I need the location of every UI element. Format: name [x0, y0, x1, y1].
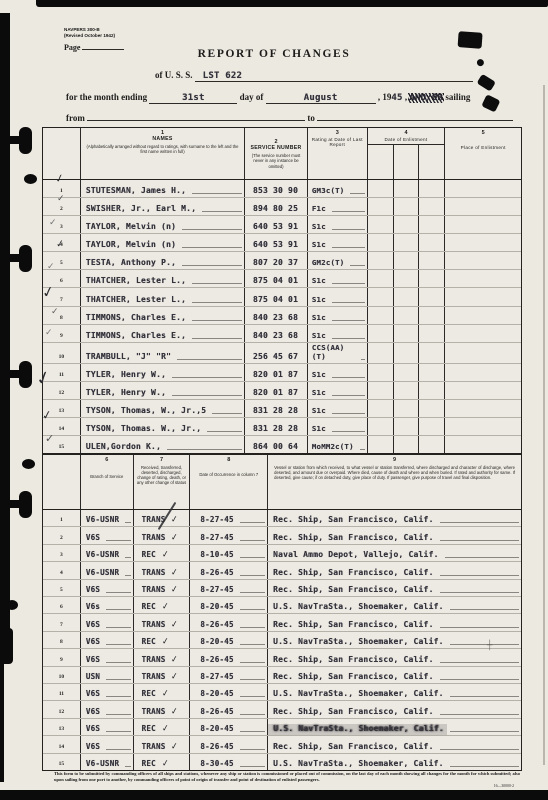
service-number-cell: 894 80 25	[245, 198, 308, 215]
footer-note: This form to be submitted by commanding …	[54, 771, 520, 783]
rating: S1c	[308, 313, 329, 324]
row-number-column-header	[43, 128, 81, 179]
from-label: from	[66, 113, 85, 123]
service-number-cell: 256 45 67	[245, 343, 308, 363]
vessel-station-cell: U.S. NavTraSta., Shoemaker, Calif.	[268, 719, 521, 735]
leader-line	[106, 540, 130, 541]
leader-line	[361, 359, 365, 360]
occurrence-date: 8-20-45	[190, 689, 236, 700]
leader-line	[106, 662, 130, 663]
date-enlistment-subcells	[368, 382, 445, 399]
date-enlistment-subcells	[368, 270, 445, 287]
scanned-report-page: NAVPERS 300-B (Revised October 1942) Pag…	[0, 0, 548, 800]
branch-cell: V6S	[81, 649, 134, 665]
scan-edge-right	[543, 85, 545, 765]
leader-line	[440, 522, 519, 523]
change-type: TRANS	[134, 707, 169, 718]
name-cell: TIMMONS, Charles E.,	[81, 325, 245, 342]
leader-line	[240, 575, 265, 576]
leader-line	[212, 413, 242, 414]
row-number: 7	[43, 614, 81, 630]
date-enlistment-cell	[368, 234, 446, 251]
roster-row: 7 THATCHER, Lester L., 875 04 01 S1c	[43, 288, 521, 306]
name-cell: TYSON, Thomas. W., Jr.,	[81, 418, 245, 435]
roster-row: 5 TESTA, Anthony P., 807 20 37 GM2c(T)	[43, 252, 521, 270]
change-title: Received, transferred, deserted, dischar…	[136, 465, 188, 485]
roster-table: 1 NAMES (Alphabetically arranged without…	[42, 127, 522, 454]
change-type: REC	[134, 637, 159, 648]
service-number-cell: 864 00 64	[245, 436, 308, 453]
row-number: 12	[43, 382, 81, 399]
service-number: 853 30 90	[251, 186, 301, 197]
branch-cell: V6-USNR	[81, 562, 134, 578]
name-cell: ULEN,Gordon K.,	[81, 436, 245, 453]
ship-line: of U. S. S. LST 622	[155, 70, 473, 82]
place-enlistment-cell	[445, 400, 521, 417]
occurrence-date: 8-20-45	[190, 724, 236, 735]
occurrence-date: 8-27-45	[190, 672, 236, 683]
roster-row: 1 STUTESMAN, James H., 853 30 90 GM3c(T)	[43, 180, 521, 198]
change-row: 4 V6-USNR TRANS ✓ 8-26-45 Rec. Ship, San…	[43, 562, 521, 579]
binder-clip-icon	[19, 245, 32, 272]
change-type: REC	[134, 550, 159, 561]
leader-line	[106, 714, 130, 715]
leader-line	[350, 193, 364, 194]
change-cell: REC ✓	[134, 632, 191, 648]
rating-cell: S1c	[308, 307, 368, 324]
sailor-name: STUTESMAN, James H.,	[81, 186, 189, 197]
leader-line	[240, 627, 265, 628]
date-enlistment-cell	[368, 198, 446, 215]
vessel-station-cell: U.S. NavTraSta., Shoemaker, Calif.	[268, 754, 521, 770]
leader-line	[440, 749, 519, 750]
from-to-line: from to	[66, 113, 513, 123]
date-enlistment-subcells	[368, 198, 445, 215]
from-blank	[87, 120, 305, 121]
change-cell: TRANS ✓	[134, 580, 191, 596]
rating: F1c	[308, 204, 329, 215]
handwritten-checkmark: ✓	[171, 515, 180, 526]
occurrence-date: 8-26-45	[190, 568, 236, 579]
date-enlistment-subcells	[368, 364, 445, 381]
branch-of-service: V6S	[81, 533, 103, 544]
branch-cell: V6S	[81, 701, 134, 717]
vessel-station: Rec. Ship, San Francisco, Calif.	[268, 533, 437, 544]
leader-line	[440, 679, 519, 680]
date-occurrence-cell: 8-27-45	[190, 527, 268, 543]
branch-cell: V6S	[81, 684, 134, 700]
change-type: REC	[134, 689, 159, 700]
date-enlistment-cell	[368, 307, 446, 324]
rating: S1c	[308, 388, 329, 399]
leader-line	[332, 302, 365, 303]
leader-line	[240, 609, 265, 610]
column-number: 6	[105, 457, 108, 463]
vessel-station: U.S. NavTraSta., Shoemaker, Calif.	[268, 602, 447, 613]
rating-cell: S1c	[308, 325, 368, 342]
handwritten-checkmark: ✓	[161, 602, 170, 613]
row-number: 11	[43, 364, 81, 381]
row-number: 11	[43, 684, 81, 700]
ship-name: LST 622	[203, 71, 242, 81]
sailor-name: THATCHER, Lester L.,	[81, 276, 189, 287]
row-number: 15	[43, 754, 81, 770]
handwritten-checkmark: ✓	[171, 619, 180, 630]
vessel-station: Rec. Ship, San Francisco, Calif.	[268, 672, 437, 683]
hole-punch-dot	[22, 459, 35, 469]
names-title: NAMES	[152, 137, 172, 143]
change-cell: TRANS ✓	[134, 667, 191, 683]
change-type: TRANS	[134, 655, 169, 666]
leader-line	[240, 731, 265, 732]
change-row: 1 V6-USNR TRANS ✓ 8-27-45 Rec. Ship, San…	[43, 510, 521, 527]
leader-line	[106, 696, 130, 697]
leader-line	[240, 540, 265, 541]
leader-line	[440, 592, 519, 593]
leader-line	[240, 679, 265, 680]
rating: S1c	[308, 295, 329, 306]
branch-cell: V6s	[81, 597, 134, 613]
change-row: 5 V6S TRANS ✓ 8-27-45 Rec. Ship, San Fra…	[43, 580, 521, 597]
sailor-name: TIMMONS, Charles E.,	[81, 331, 189, 342]
binder-clip-icon	[19, 127, 32, 154]
row-number: 13	[43, 719, 81, 735]
branch-cell: V6S	[81, 614, 134, 630]
change-cell: TRANS ✓	[134, 562, 191, 578]
leader-line	[192, 302, 242, 303]
vessel-station: U.S. NavTraSta., Shoemaker, Calif.	[268, 689, 447, 700]
handwritten-checkmark: ✓	[161, 550, 170, 561]
roster-row: 12 TYLER, Henry W., 820 01 87 S1c	[43, 382, 521, 400]
handwritten-checkmark: ✓	[171, 706, 180, 717]
column-number: 3	[336, 130, 339, 136]
date-enlistment-cell	[368, 216, 446, 233]
row-number: 9	[43, 649, 81, 665]
leader-line	[240, 714, 265, 715]
leader-line	[177, 359, 242, 360]
date-occurrence-cell: 8-27-45	[190, 667, 268, 683]
handwritten-checkmark: ✓	[171, 654, 180, 665]
names-column-header: 1 NAMES (Alphabetically arranged without…	[81, 128, 245, 179]
branch-of-service: V6-USNR	[81, 568, 122, 579]
date-enlistment-subcells	[368, 252, 445, 269]
name-cell: TAYLOR, Melvin (n)	[81, 234, 245, 251]
rating: S1c	[308, 406, 329, 417]
handwritten-plus-mark: ┼	[487, 641, 492, 651]
place-enlistment-cell	[445, 307, 521, 324]
roster-row: 9 TIMMONS, Charles E., 840 23 68 S1c	[43, 325, 521, 343]
date-of-enlistment-column-header: 4 Date of Enlistment	[368, 128, 446, 179]
scan-edge-bottom	[0, 790, 548, 800]
handwritten-checkmark: ✓	[171, 532, 180, 543]
of-uss-label: of U. S. S.	[155, 70, 193, 80]
branch-title: Branch of Service	[90, 474, 123, 479]
date-enlistment-subcells	[368, 180, 445, 197]
place-enlistment-cell	[445, 288, 521, 305]
date-enlistment-subcells	[368, 418, 445, 435]
row-number-column-header	[43, 455, 81, 509]
service-title: SERVICE NUMBER	[250, 146, 301, 152]
change-cell: REC ✓	[134, 684, 191, 700]
sailor-name: TYLER, Henry W.,	[81, 370, 169, 381]
branch-cell: USN	[81, 667, 134, 683]
change-column-header: 7 Received, transferred, deserted, disch…	[134, 455, 191, 509]
leader-line	[332, 320, 365, 321]
vessel-station-cell: U.S. NavTraSta., Shoemaker, Calif.	[268, 597, 521, 613]
date-occurrence-cell: 8-10-45	[190, 545, 268, 561]
service-number: 840 23 68	[251, 313, 301, 324]
leader-line	[440, 714, 519, 715]
service-number: 831 28 28	[251, 406, 301, 417]
date-enlistment-cell	[368, 288, 446, 305]
service-number-cell: 875 04 01	[245, 270, 308, 287]
to-label: to	[307, 113, 315, 123]
date-enlistment-cell	[368, 436, 446, 453]
vessel-station-cell: Rec. Ship, San Francisco, Calif.	[268, 580, 521, 596]
change-cell: REC ✓	[134, 597, 191, 613]
change-row: 3 V6-USNR REC ✓ 8-10-45 Naval Ammo Depot…	[43, 545, 521, 562]
sailing-label: sailing	[445, 92, 470, 102]
change-type: TRANS	[134, 585, 169, 596]
branch-of-service: V6S	[81, 742, 103, 753]
changes-table: 6 Branch of Service 7 Received, transfer…	[42, 454, 522, 771]
occurrence-date: 8-27-45	[190, 585, 236, 596]
place-enlistment-cell	[445, 198, 521, 215]
place-enlistment-cell	[445, 436, 521, 453]
date-enlistment-subcells	[368, 288, 445, 305]
leader-line	[192, 338, 242, 339]
place-enlistment-cell	[445, 325, 521, 342]
leader-line	[360, 449, 365, 450]
branch-cell: V6-USNR	[81, 545, 134, 561]
name-cell: TIMMONS, Charles E.,	[81, 307, 245, 324]
branch-of-service: V6-USNR	[81, 550, 122, 561]
date-occurrence-cell: 8-20-45	[190, 597, 268, 613]
row-number: 10	[43, 343, 81, 363]
month-value: August	[304, 93, 338, 103]
vessel-station-cell: Rec. Ship, San Francisco, Calif.	[268, 510, 521, 526]
leader-line	[125, 766, 130, 767]
vessel-station-column-header: 9 Vessel or station from which received,…	[268, 455, 521, 509]
vessel-station: Rec. Ship, San Francisco, Calif.	[268, 585, 437, 596]
rating: MoMM2c(T)	[308, 442, 357, 453]
service-number-cell: 831 28 28	[245, 418, 308, 435]
service-number: 820 01 87	[251, 370, 301, 381]
name-cell: STUTESMAN, James H.,	[81, 180, 245, 197]
vessel-station: Rec. Ship, San Francisco, Calif.	[268, 515, 437, 526]
sailor-name: TIMMONS, Charles E.,	[81, 313, 189, 324]
service-number: 894 80 25	[251, 204, 301, 215]
leader-line	[332, 395, 365, 396]
date-enlistment-title: Date of Enlistment	[368, 137, 445, 145]
leader-line	[172, 395, 242, 396]
rating: S1c	[308, 424, 329, 435]
sailor-name: TAYLOR, Melvin (n)	[81, 222, 179, 233]
leader-line	[192, 193, 242, 194]
service-number-cell: 840 23 68	[245, 307, 308, 324]
column-number: 5	[482, 130, 485, 136]
place-enlistment-cell	[445, 270, 521, 287]
leader-line	[125, 557, 130, 558]
row-number: 6	[43, 597, 81, 613]
roster-row: 4 TAYLOR, Melvin (n) 640 53 91 S1c	[43, 234, 521, 252]
roster-row: 15 ULEN,Gordon K., 864 00 64 MoMM2c(T)	[43, 436, 521, 453]
occurrence-date: 8-30-45	[190, 759, 236, 770]
place-enlistment-cell	[445, 252, 521, 269]
change-type: TRANS	[134, 620, 169, 631]
vessel-station-cell: Naval Ammo Depot, Vallejo, Calif.	[268, 545, 521, 561]
handwritten-checkmark: ✓	[171, 672, 180, 683]
row-number: 2	[43, 198, 81, 215]
roster-row: 10 TRAMBULL, "J" "R" 256 45 67 CCS(AA)(T…	[43, 343, 521, 364]
leader-line	[182, 247, 242, 248]
change-row: 7 V6S TRANS ✓ 8-26-45 Rec. Ship, San Fra…	[43, 614, 521, 631]
rating: CCS(AA)(T)	[308, 343, 358, 363]
change-row: 12 V6S TRANS ✓ 8-26-45 Rec. Ship, San Fr…	[43, 701, 521, 718]
change-row: 9 V6S TRANS ✓ 8-26-45 Rec. Ship, San Fra…	[43, 649, 521, 666]
sailor-name: TYSON, Thomas, W., Jr.,5	[81, 406, 209, 417]
leader-line	[106, 609, 130, 610]
service-number-cell: 640 53 91	[245, 234, 308, 251]
leader-line	[207, 431, 242, 432]
date-enlistment-subcells	[368, 343, 445, 363]
branch-of-service: V6S	[81, 637, 103, 648]
form-revision: (Revised October 1942)	[64, 33, 115, 39]
sailor-name: ULEN,Gordon K.,	[81, 442, 164, 453]
rating: S1c	[308, 370, 329, 381]
row-number: 8	[43, 307, 81, 324]
row-number: 7	[43, 288, 81, 305]
change-cell: TRANS ✓	[134, 614, 191, 630]
leader-line	[182, 229, 242, 230]
vessel-station-cell: U.S. NavTraSta., Shoemaker, Calif.	[268, 684, 521, 700]
changes-table-header: 6 Branch of Service 7 Received, transfer…	[43, 455, 521, 510]
rating-title: Rating at Date of Last Report	[310, 137, 365, 148]
column-number: 8	[227, 457, 230, 463]
service-number: 640 53 91	[251, 240, 301, 251]
roster-row: 8 TIMMONS, Charles E., 840 23 68 S1c	[43, 307, 521, 325]
date-occurrence-cell: 8-20-45	[190, 719, 268, 735]
rating-cell: S1c	[308, 364, 368, 381]
service-number: 840 23 68	[251, 331, 301, 342]
date-occurrence-cell: 8-26-45	[190, 614, 268, 630]
change-row: 14 V6S TRANS ✓ 8-26-45 Rec. Ship, San Fr…	[43, 736, 521, 753]
branch-of-service: V6S	[81, 689, 103, 700]
rating: S1c	[308, 222, 329, 233]
changes-table-body: 1 V6-USNR TRANS ✓ 8-27-45 Rec. Ship, San…	[43, 510, 521, 770]
leader-line	[240, 696, 265, 697]
date-occurrence-cell: 8-30-45	[190, 754, 268, 770]
row-number: 15	[43, 436, 81, 453]
branch-of-service: V6S	[81, 707, 103, 718]
date-occurrence-column-header: 8 Date of Occurrence in column 7	[190, 455, 268, 509]
vessel-station-cell: Rec. Ship, San Francisco, Calif.	[268, 736, 521, 752]
occurrence-date: 8-26-45	[190, 707, 236, 718]
place-enlistment-cell	[445, 180, 521, 197]
rating-cell: S1c	[308, 234, 368, 251]
service-subtitle: (The service number must never in any in…	[247, 153, 305, 168]
vessel-station: Rec. Ship, San Francisco, Calif.	[268, 568, 437, 579]
row-number: 10	[43, 667, 81, 683]
leader-line	[125, 575, 130, 576]
roster-row: 3 TAYLOR, Melvin (n) 640 53 91 S1c	[43, 216, 521, 234]
branch-column-header: 6 Branch of Service	[81, 455, 134, 509]
change-cell: TRANS ✓	[134, 736, 191, 752]
change-type: TRANS	[134, 568, 169, 579]
leader-line	[440, 662, 519, 663]
leader-line	[332, 247, 365, 248]
rating: GM2c(T)	[308, 258, 348, 269]
change-type: REC	[134, 602, 159, 613]
month-line: for the month ending 31st day of August …	[66, 92, 470, 104]
branch-of-service: V6S	[81, 724, 103, 735]
change-cell: REC ✓	[134, 719, 191, 735]
change-row: 15 V6-USNR REC ✓ 8-30-45 U.S. NavTraSta.…	[43, 754, 521, 770]
vessel-station-cell: Rec. Ship, San Francisco, Calif.	[268, 614, 521, 630]
service-number: 875 04 01	[251, 295, 301, 306]
service-number: 820 01 87	[251, 388, 301, 399]
rating-cell: GM3c(T)	[308, 180, 368, 197]
row-number: 3	[43, 216, 81, 233]
date-enlistment-cell	[368, 252, 446, 269]
occurrence-date: 8-26-45	[190, 620, 236, 631]
sailor-name: TESTA, Anthony P.,	[81, 258, 179, 269]
vessel-station: Rec. Ship, San Francisco, Calif.	[268, 655, 437, 666]
row-number: 14	[43, 418, 81, 435]
leader-line	[240, 644, 265, 645]
vessel-station-cell: Rec. Ship, San Francisco, Calif.	[268, 667, 521, 683]
date-enlistment-subcells	[368, 307, 445, 324]
roster-table-body: 1 STUTESMAN, James H., 853 30 90 GM3c(T)…	[43, 180, 521, 453]
date-enlistment-subcells	[368, 234, 445, 251]
roster-row: 11 TYLER, Henry W., 820 01 87 S1c	[43, 364, 521, 382]
service-number: 256 45 67	[251, 352, 301, 363]
leader-line	[240, 522, 265, 523]
occurrence-date: 8-20-45	[190, 637, 236, 648]
vessel-station: Naval Ammo Depot, Vallejo, Calif.	[268, 550, 442, 561]
roster-table-header: 1 NAMES (Alphabetically arranged without…	[43, 128, 521, 180]
name-cell: TYSON, Thomas, W., Jr.,5	[81, 400, 245, 417]
branch-cell: V6S	[81, 736, 134, 752]
leader-line	[450, 609, 519, 610]
binder-clip-icon	[19, 491, 32, 518]
change-type: TRANS	[134, 742, 169, 753]
leader-line	[332, 229, 365, 230]
name-cell: SWISHER, Jr., Earl M.,	[81, 198, 245, 215]
place-enlistment-cell	[445, 216, 521, 233]
place-of-enlistment-column-header: 5 Place of Enlistment	[445, 128, 521, 179]
branch-of-service: USN	[81, 672, 103, 683]
name-cell: TYLER, Henry W.,	[81, 382, 245, 399]
leader-line	[332, 377, 365, 378]
change-cell: TRANS ✓	[134, 527, 191, 543]
branch-of-service: V6S	[81, 585, 103, 596]
leader-line	[106, 679, 130, 680]
row-number: 5	[43, 580, 81, 596]
leader-line	[445, 557, 519, 558]
date-enlistment-subcells	[368, 325, 445, 342]
sailor-name: TAYLOR, Melvin (n)	[81, 240, 179, 251]
sailor-name: TYLER, Henry W.,	[81, 388, 169, 399]
date-enlistment-subcolumns	[368, 145, 445, 179]
name-cell: TYLER, Henry W.,	[81, 364, 245, 381]
row-number: 12	[43, 701, 81, 717]
year-value: 45	[391, 93, 402, 103]
name-cell: THATCHER, Lester L.,	[81, 270, 245, 287]
date-occurrence-cell: 8-26-45	[190, 736, 268, 752]
column-number: 9	[393, 457, 396, 463]
rating-cell: S1c	[308, 270, 368, 287]
